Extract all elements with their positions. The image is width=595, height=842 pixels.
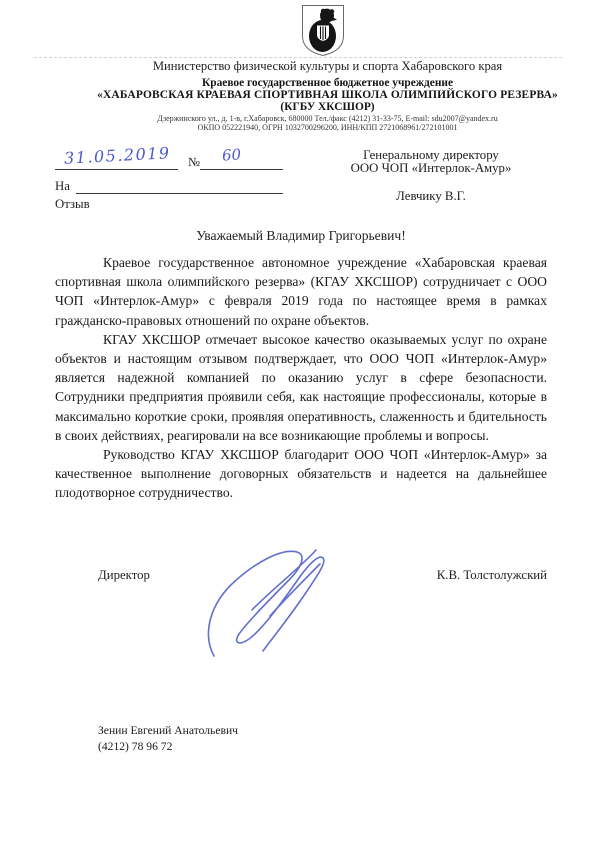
- recipient-position: Генеральному директору: [346, 149, 516, 162]
- executor-phone: (4212) 78 96 72: [98, 739, 238, 755]
- signature-ink: [200, 546, 350, 664]
- signer-name: К.В. Толстолужский: [437, 568, 547, 583]
- na-label: На: [55, 179, 70, 194]
- recipient-company: ООО ЧОП «Интерлок-Амур»: [346, 162, 516, 175]
- khabarovsk-coat-of-arms-icon: [299, 4, 347, 57]
- recipient-block: Генеральному директору ООО ЧОП «Интерлок…: [346, 149, 516, 203]
- org-name-line: «ХАБАРОВСКАЯ КРАЕВАЯ СПОРТИВНАЯ ШКОЛА ОЛ…: [40, 89, 595, 101]
- executor-name: Зенин Евгений Анатольевич: [98, 723, 238, 739]
- document-type-label: Отзыв: [55, 197, 90, 212]
- letter-page: Министерство физической культуры и спорт…: [0, 0, 595, 842]
- org-short-name: (КГБУ ХКСШОР): [40, 101, 595, 113]
- org-address-line: Дзержинского ул., д. 1-в, г.Хабаровск, 6…: [40, 114, 595, 123]
- signer-title: Директор: [98, 568, 150, 583]
- recipient-name: Левчику В.Г.: [346, 190, 516, 203]
- letter-body: Краевое государственное автономное учреж…: [55, 253, 547, 503]
- number-sign: №: [188, 155, 200, 170]
- date-underline: [55, 168, 178, 170]
- org-type-line: Краевое государственное бюджетное учрежд…: [40, 77, 595, 89]
- paragraph-1: Краевое государственное автономное учреж…: [55, 253, 547, 330]
- ministry-title: Министерство физической культуры и спорт…: [40, 59, 595, 74]
- handwritten-date: 31.05.2019: [64, 143, 171, 168]
- paragraph-2: КГАУ ХКСШОР отмечает высокое качество ок…: [55, 330, 547, 445]
- salutation: Уважаемый Владимир Григорьевич!: [55, 228, 547, 244]
- na-underline: [76, 192, 283, 194]
- org-requisites-line: ОКПО 052221940, ОГРН 1032700296200, ИНН/…: [40, 123, 595, 132]
- paragraph-3: Руководство КГАУ ХКСШОР благодарит ООО Ч…: [55, 445, 547, 503]
- executor-contact: Зенин Евгений Анатольевич (4212) 78 96 7…: [98, 723, 238, 754]
- scan-fold-mark: [34, 57, 562, 58]
- handwritten-number: 60: [221, 145, 241, 164]
- number-underline: [200, 168, 283, 170]
